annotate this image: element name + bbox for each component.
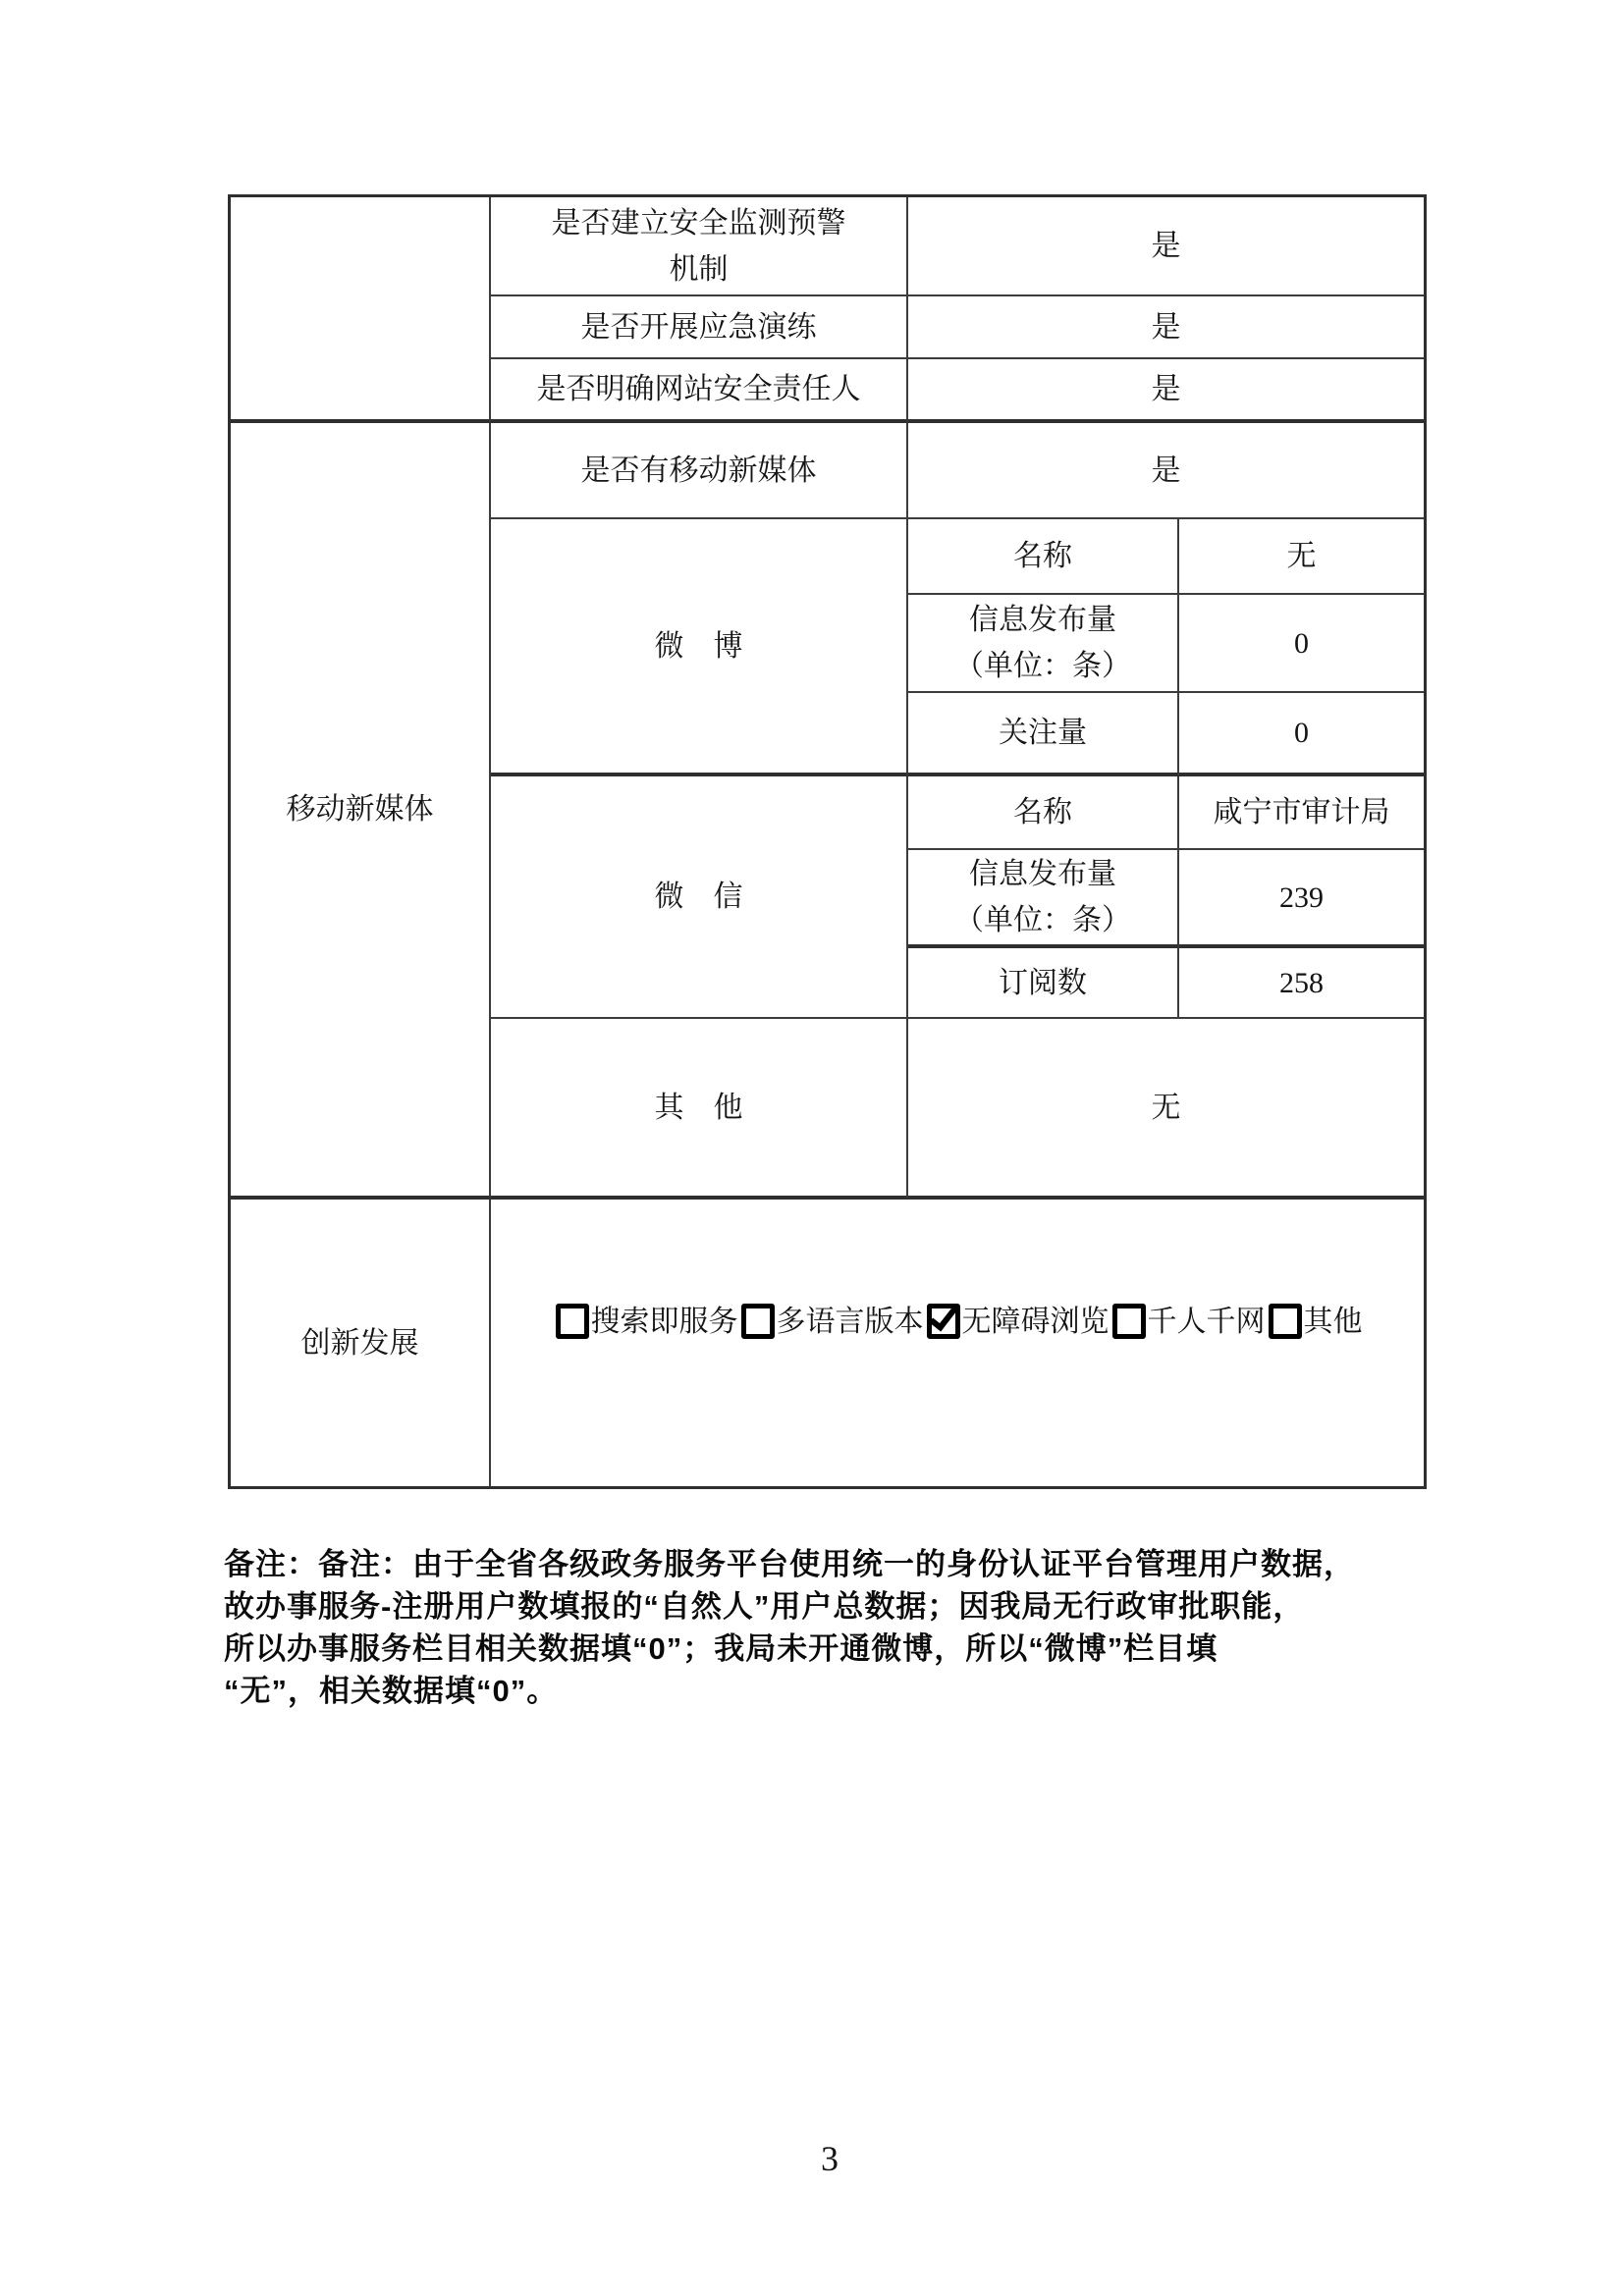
group-label-other-media: 其 他 [491, 1019, 908, 1200]
value-wechat-publish-count: 239 [1179, 850, 1424, 948]
option-label: 搜索即服务 [591, 1299, 738, 1345]
value-weibo-name: 无 [1179, 519, 1424, 595]
answer-has-mobile-media: 是 [908, 423, 1424, 519]
answer-emergency-drill: 是 [908, 296, 1424, 359]
question-has-mobile-media: 是否有移动新媒体 [491, 423, 908, 519]
option-multilingual: 多语言版本 [738, 1299, 924, 1345]
option-other: 其他 [1266, 1299, 1363, 1345]
value-other-media: 无 [908, 1019, 1424, 1200]
group-label-wechat: 微 信 [491, 776, 908, 1019]
answer-security-monitoring: 是 [908, 197, 1424, 296]
group-label-weibo: 微 博 [491, 519, 908, 776]
checkbox-personalized-web[interactable] [1112, 1304, 1146, 1339]
answer-security-responsible-person: 是 [908, 359, 1424, 423]
option-label: 多语言版本 [777, 1299, 924, 1345]
check-icon [929, 1300, 958, 1332]
value-wechat-subscribers: 258 [1179, 948, 1424, 1019]
value-weibo-followers: 0 [1179, 693, 1424, 776]
section-label-innovation: 创新发展 [231, 1200, 491, 1486]
field-weibo-followers: 关注量 [908, 693, 1179, 776]
option-accessibility: 无障碍浏览 [924, 1299, 1110, 1345]
checkbox-multilingual[interactable] [741, 1304, 775, 1339]
field-weibo-publish-count: 信息发布量 （单位：条） [908, 595, 1179, 693]
option-search-as-service: 搜索即服务 [553, 1299, 738, 1345]
innovation-options-line: 搜索即服务 多语言版本 无障碍浏览 千人千网 其他 [553, 1299, 1363, 1345]
value-wechat-name: 咸宁市审计局 [1179, 776, 1424, 850]
field-weibo-name: 名称 [908, 519, 1179, 595]
field-wechat-name: 名称 [908, 776, 1179, 850]
checkbox-search-as-service[interactable] [556, 1304, 589, 1339]
remarks-note: 备注：备注：由于全省各级政务服务平台使用统一的身份认证平台管理用户数据， 故办事… [224, 1543, 1481, 1712]
annual-report-table: 是否建立安全监测预警 机制 是 是否开展应急演练 是 是否明确网站安全责任人 是… [228, 194, 1427, 1489]
option-label: 其他 [1304, 1299, 1363, 1345]
option-label: 无障碍浏览 [962, 1299, 1110, 1345]
question-security-monitoring: 是否建立安全监测预警 机制 [491, 197, 908, 296]
section-label-cell-empty [231, 197, 491, 423]
question-emergency-drill: 是否开展应急演练 [491, 296, 908, 359]
option-label: 千人千网 [1148, 1299, 1266, 1345]
question-security-responsible-person: 是否明确网站安全责任人 [491, 359, 908, 423]
page-number: 3 [776, 2138, 884, 2179]
innovation-options-cell: 搜索即服务 多语言版本 无障碍浏览 千人千网 其他 [491, 1200, 1424, 1486]
value-weibo-publish-count: 0 [1179, 595, 1424, 693]
checkbox-accessibility[interactable] [927, 1304, 960, 1339]
field-wechat-subscribers: 订阅数 [908, 948, 1179, 1019]
section-label-mobile-media: 移动新媒体 [231, 423, 491, 1200]
field-wechat-publish-count: 信息发布量 （单位：条） [908, 850, 1179, 948]
checkbox-other[interactable] [1269, 1304, 1302, 1339]
option-personalized-web: 千人千网 [1110, 1299, 1266, 1345]
